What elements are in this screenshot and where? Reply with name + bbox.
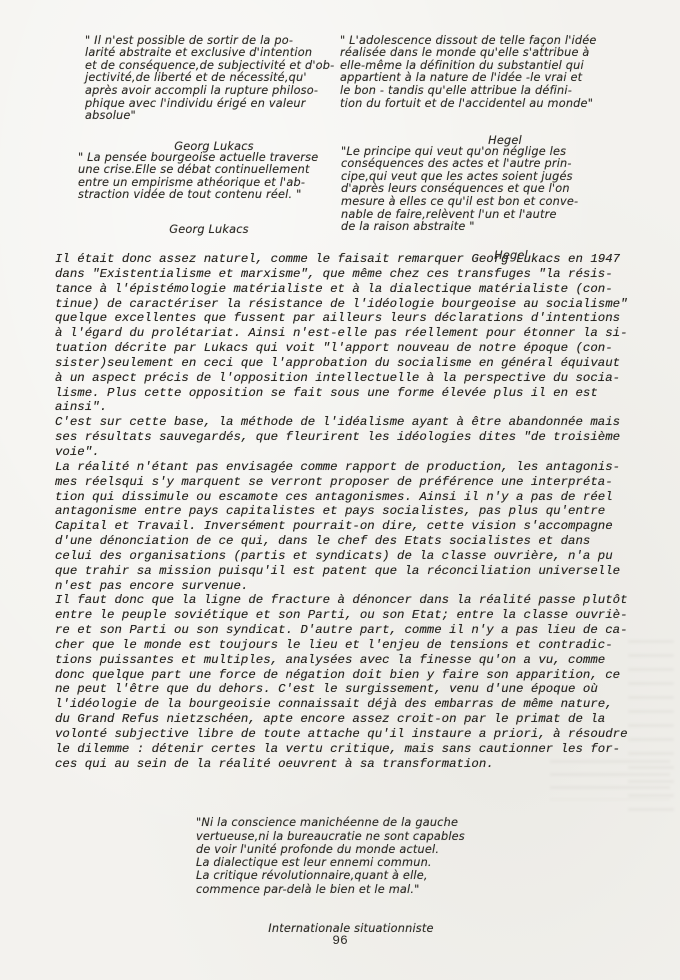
scanned-document-page: " Il n'est possible de sortir de la po- … — [0, 0, 680, 980]
quote-text: " Il n'est possible de sortir de la po- … — [85, 35, 343, 123]
page-number: 96 — [0, 933, 680, 948]
quote-text: " La pensée bourgeoise actuelle traverse… — [78, 152, 340, 202]
ink-bleedthrough-artifact — [550, 760, 670, 800]
quote-attribution: Georg Lukacs — [78, 224, 340, 237]
quote-text: "Ni la conscience manichéenne de la gauc… — [196, 816, 506, 896]
main-body-text: Il était donc assez naturel, comme le fa… — [55, 252, 639, 772]
quote-internationale-situationniste: "Ni la conscience manichéenne de la gauc… — [196, 803, 506, 949]
quote-lukacs-2: " La pensée bourgeoise actuelle traverse… — [78, 139, 340, 249]
quote-text: "Le principe qui veut qu'on néglige les … — [341, 146, 641, 234]
quote-text: " L'adolescence dissout de telle façon l… — [340, 35, 640, 111]
